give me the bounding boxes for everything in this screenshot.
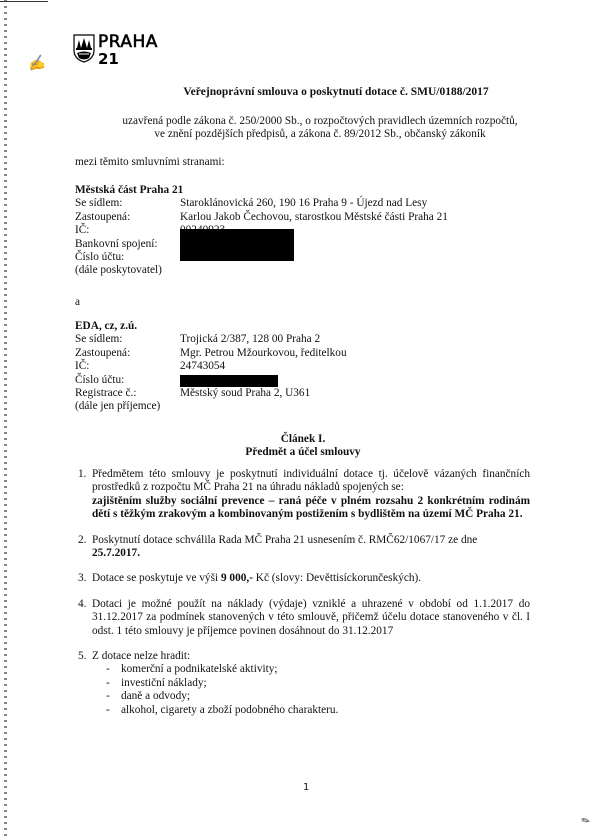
contract-title: Veřejnoprávní smlouva o poskytnutí dotac…	[0, 86, 594, 99]
logo-district-text: 21	[98, 52, 158, 67]
redacted-bank-info	[180, 229, 294, 261]
recipient-row: (dále jen příjemce)	[75, 400, 347, 413]
intro-legal-basis: uzavřená podle zákona č. 250/2000 Sb., o…	[80, 115, 560, 142]
recipient-row: Registrace č.: Městský soud Praha 2, U36…	[75, 387, 347, 400]
article-title: Předmět a účel smlouvy	[12, 446, 594, 459]
logo-city-text: PRAHA	[98, 34, 158, 51]
parties-intro: mezi těmito smluvními stranami:	[75, 156, 225, 169]
provider-representative: Karlou Jakob Čechovou, starostkou Městsk…	[180, 211, 448, 224]
recipient-registration: Městský soud Praha 2, U361	[180, 387, 310, 400]
excluded-costs-list: -komerční a podnikatelské aktivity; -inv…	[92, 663, 530, 717]
scan-edge-line	[0, 1, 48, 2]
bullet-item: -alkohol, cigarety a zboží podobného cha…	[92, 704, 530, 717]
list-item: 3. Dotace se poskytuje ve výši 9 000,- K…	[78, 572, 530, 585]
provider-row: Zastoupená: Karlou Jakob Čechovou, staro…	[75, 211, 448, 224]
bullet-item: -komerční a podnikatelské aktivity;	[92, 663, 530, 676]
recipient-name: EDA, cz, z.ú.	[75, 320, 347, 333]
provider-row: Bankovní spojení:	[75, 238, 448, 251]
provider-row: Se sídlem: Staroklánovická 260, 190 16 P…	[75, 197, 448, 210]
recipient-row: IČ: 24743054	[75, 360, 347, 373]
recipient-row: Se sídlem: Trojická 2/387, 128 00 Praha …	[75, 333, 347, 346]
provider-row: (dále poskytovatel)	[75, 264, 448, 277]
document-page: ✍ ✎ PRAHA 21 Veřejnoprávní smlouva o pos…	[0, 0, 594, 840]
intro-line-2: ve znění pozdějších předpisů, a zákona č…	[80, 128, 560, 141]
approval-date: 25.7.2017.	[92, 547, 530, 560]
subsidy-amount: 9 000,-	[221, 572, 253, 584]
provider-block: Městská část Praha 21 Se sídlem: Starokl…	[75, 184, 448, 278]
recipient-block: EDA, cz, z.ú. Se sídlem: Trojická 2/387,…	[75, 320, 347, 414]
initials-signature-icon: ✍	[27, 56, 47, 73]
recipient-representative: Mgr. Petrou Mžourkovou, ředitelkou	[180, 347, 347, 360]
praha-21-logo: PRAHA 21	[73, 34, 158, 67]
bullet-item: -investiční náklady;	[92, 677, 530, 690]
article-items: 1. Předmětem této smlouvy je poskytnutí …	[78, 468, 530, 717]
recipient-row: Zastoupená: Mgr. Petrou Mžourkovou, ředi…	[75, 347, 347, 360]
conjunction-and: a	[75, 296, 80, 309]
recipient-address: Trojická 2/387, 128 00 Praha 2	[180, 333, 320, 346]
list-item: 4. Dotaci je možné použít na náklady (vý…	[78, 598, 530, 638]
redacted-account-number	[180, 375, 278, 387]
intro-line-1: uzavřená podle zákona č. 250/2000 Sb., o…	[80, 115, 560, 128]
article-number: Článek I.	[12, 433, 594, 446]
list-item: 2. Poskytnutí dotace schválila Rada MČ P…	[78, 534, 530, 561]
subsidy-purpose: zajištěním služby sociální prevence – ra…	[92, 495, 530, 522]
provider-address: Staroklánovická 260, 190 16 Praha 9 - Új…	[180, 197, 427, 210]
coat-of-arms-icon	[73, 34, 95, 63]
list-item: 5. Z dotace nelze hradit: -komerční a po…	[78, 650, 530, 717]
list-item: 1. Předmětem této smlouvy je poskytnutí …	[78, 468, 530, 522]
provider-name: Městská část Praha 21	[75, 184, 448, 197]
recipient-ico: 24743054	[180, 360, 225, 373]
article-heading: Článek I. Předmět a účel smlouvy	[0, 433, 594, 460]
scan-edge-artifact	[4, 0, 7, 840]
page-number: 1	[0, 781, 594, 794]
pen-mark-icon: ✎	[579, 814, 593, 830]
recipient-row: Číslo účtu:	[75, 374, 347, 387]
bullet-item: -daně a odvody;	[92, 690, 530, 703]
